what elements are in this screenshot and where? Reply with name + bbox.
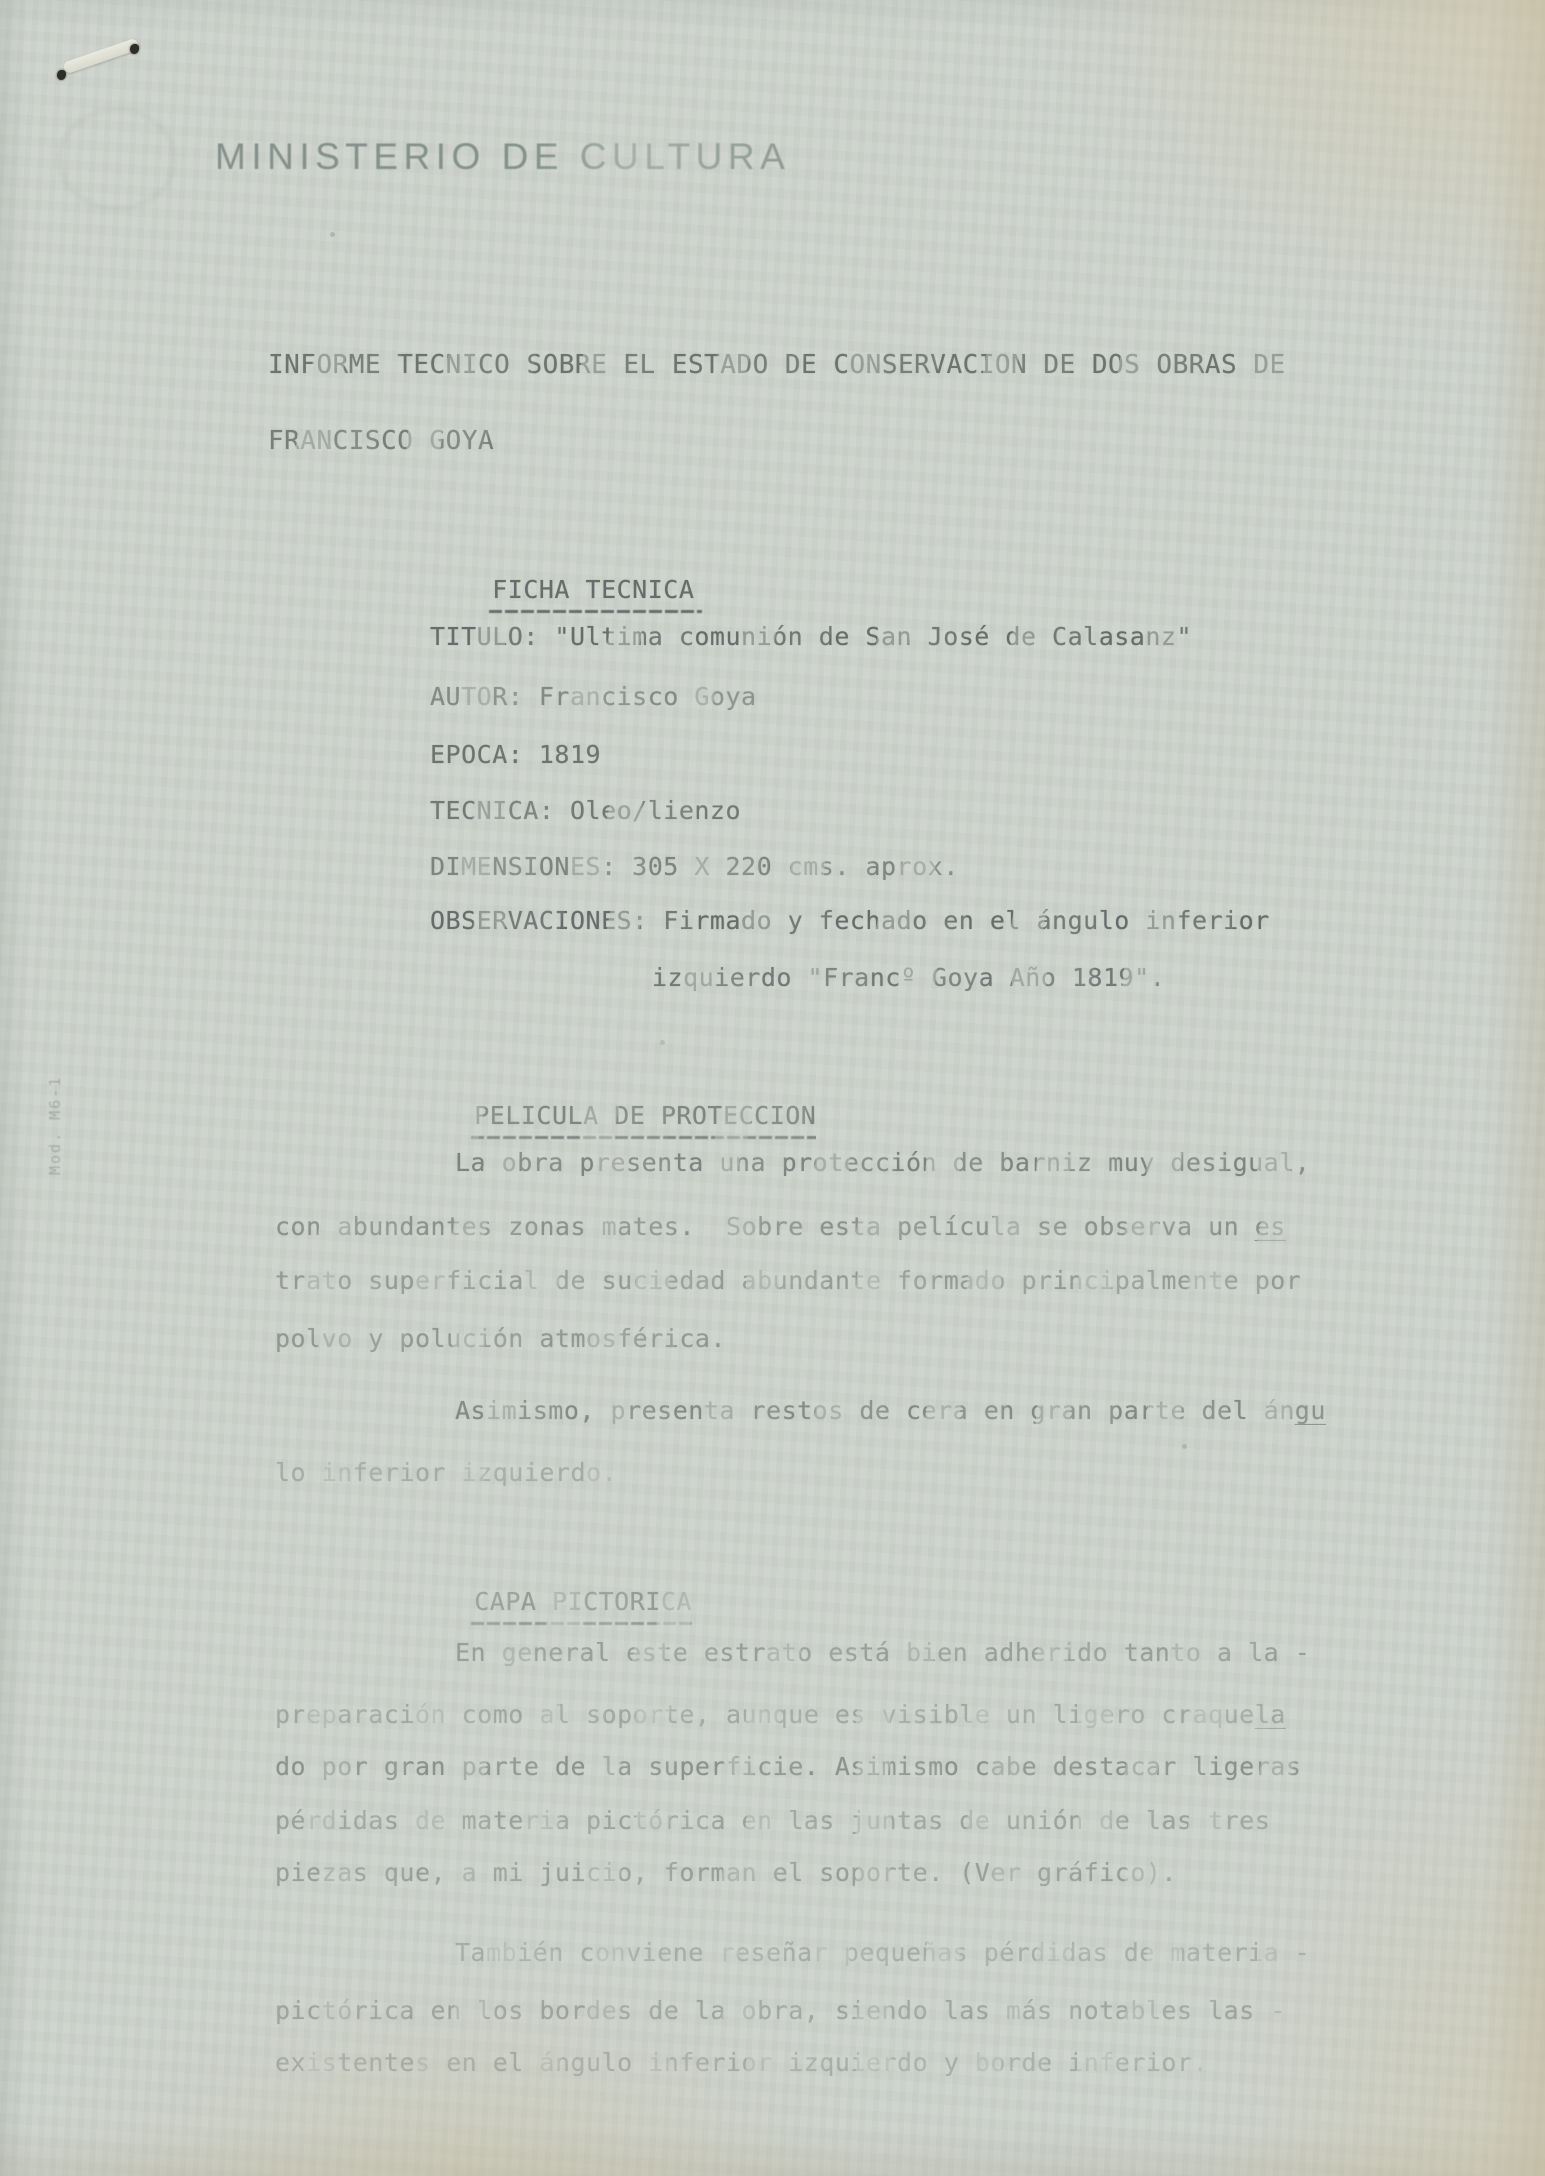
field-tecnica: TECNICA: Oleo/lienzo — [430, 796, 741, 825]
field-epoca: EPOCA: 1819 — [430, 740, 601, 769]
pelicula-para1-line2: con abundantes zonas mates. Sobre esta p… — [275, 1212, 1286, 1241]
field-observaciones: OBSERVACIONES: Firmado y fechado en el á… — [430, 906, 1270, 935]
ficha-tecnica-section: FICHA TECNICA — [430, 546, 694, 633]
capa-para1-line1: En general este estrato está bien adheri… — [455, 1638, 1310, 1667]
pelicula-para2-line1: Asimismo, presenta restos de cera en gra… — [455, 1396, 1326, 1425]
capa-para1-line4: pérdidas de materia pictórica en las jun… — [275, 1806, 1270, 1835]
capa-para1-line2: preparación como al soporte, aunque es v… — [275, 1700, 1286, 1729]
pelicula-para1-line3: trato superficial de suciedad abundante … — [275, 1266, 1301, 1295]
staple-hole — [130, 44, 139, 54]
pelicula-para1-line4: polvo y polución atmosférica. — [275, 1324, 726, 1353]
field-dimensiones: DIMENSIONES: 305 X 220 cms. aprox. — [430, 852, 959, 881]
paper-speck — [1182, 1444, 1187, 1449]
paper-speck — [660, 1040, 665, 1045]
capa-para1-line5: piezas que, a mi juicio, forman el sopor… — [275, 1858, 1177, 1887]
field-observaciones-line-2: izquierdo "Francº Goya Año 1819". — [652, 963, 1165, 992]
pelicula-para1-line1: La obra presenta una protección de barni… — [455, 1148, 1310, 1177]
report-title-line-2: FRANCISCO GOYA — [268, 426, 494, 456]
capa-section: CAPA PICTORICA — [412, 1558, 692, 1645]
staple-mark — [62, 38, 140, 75]
field-titulo: TITULO: "Ultima comunión de San José de … — [430, 622, 1192, 651]
report-title-line-1: INFORME TECNICO SOBRE EL ESTADO DE CONSE… — [268, 350, 1286, 380]
ministry-letterhead: MINISTERIO DE CULTURA — [215, 136, 790, 178]
capa-heading: CAPA PICTORICA — [474, 1587, 692, 1616]
capa-para2-line3: existentes en el ángulo inferior izquier… — [275, 2048, 1208, 2077]
pelicula-section: PELICULA DE PROTECCION — [412, 1072, 816, 1159]
capa-para2-line2: pictórica en los bordes de la obra, sien… — [275, 1996, 1286, 2025]
scanned-document-page: MINISTERIO DE CULTURA Mod. M6-1 INFORME … — [0, 0, 1545, 2176]
field-autor: AUTOR: Francisco Goya — [430, 682, 757, 711]
staple-hole — [57, 70, 66, 80]
ficha-tecnica-heading: FICHA TECNICA — [492, 575, 694, 604]
pelicula-heading: PELICULA DE PROTECCION — [474, 1101, 816, 1130]
pelicula-para2-line2: lo inferior izquierdo. — [275, 1458, 617, 1487]
capa-para1-line3: do por gran parte de la superficie. Asim… — [275, 1752, 1301, 1781]
left-margin-stamp: Mod. M6-1 — [46, 995, 64, 1175]
capa-para2-line1: También conviene reseñar pequeñas pérdid… — [455, 1938, 1310, 1967]
faint-round-stamp — [58, 108, 176, 210]
paper-speck — [330, 232, 335, 237]
